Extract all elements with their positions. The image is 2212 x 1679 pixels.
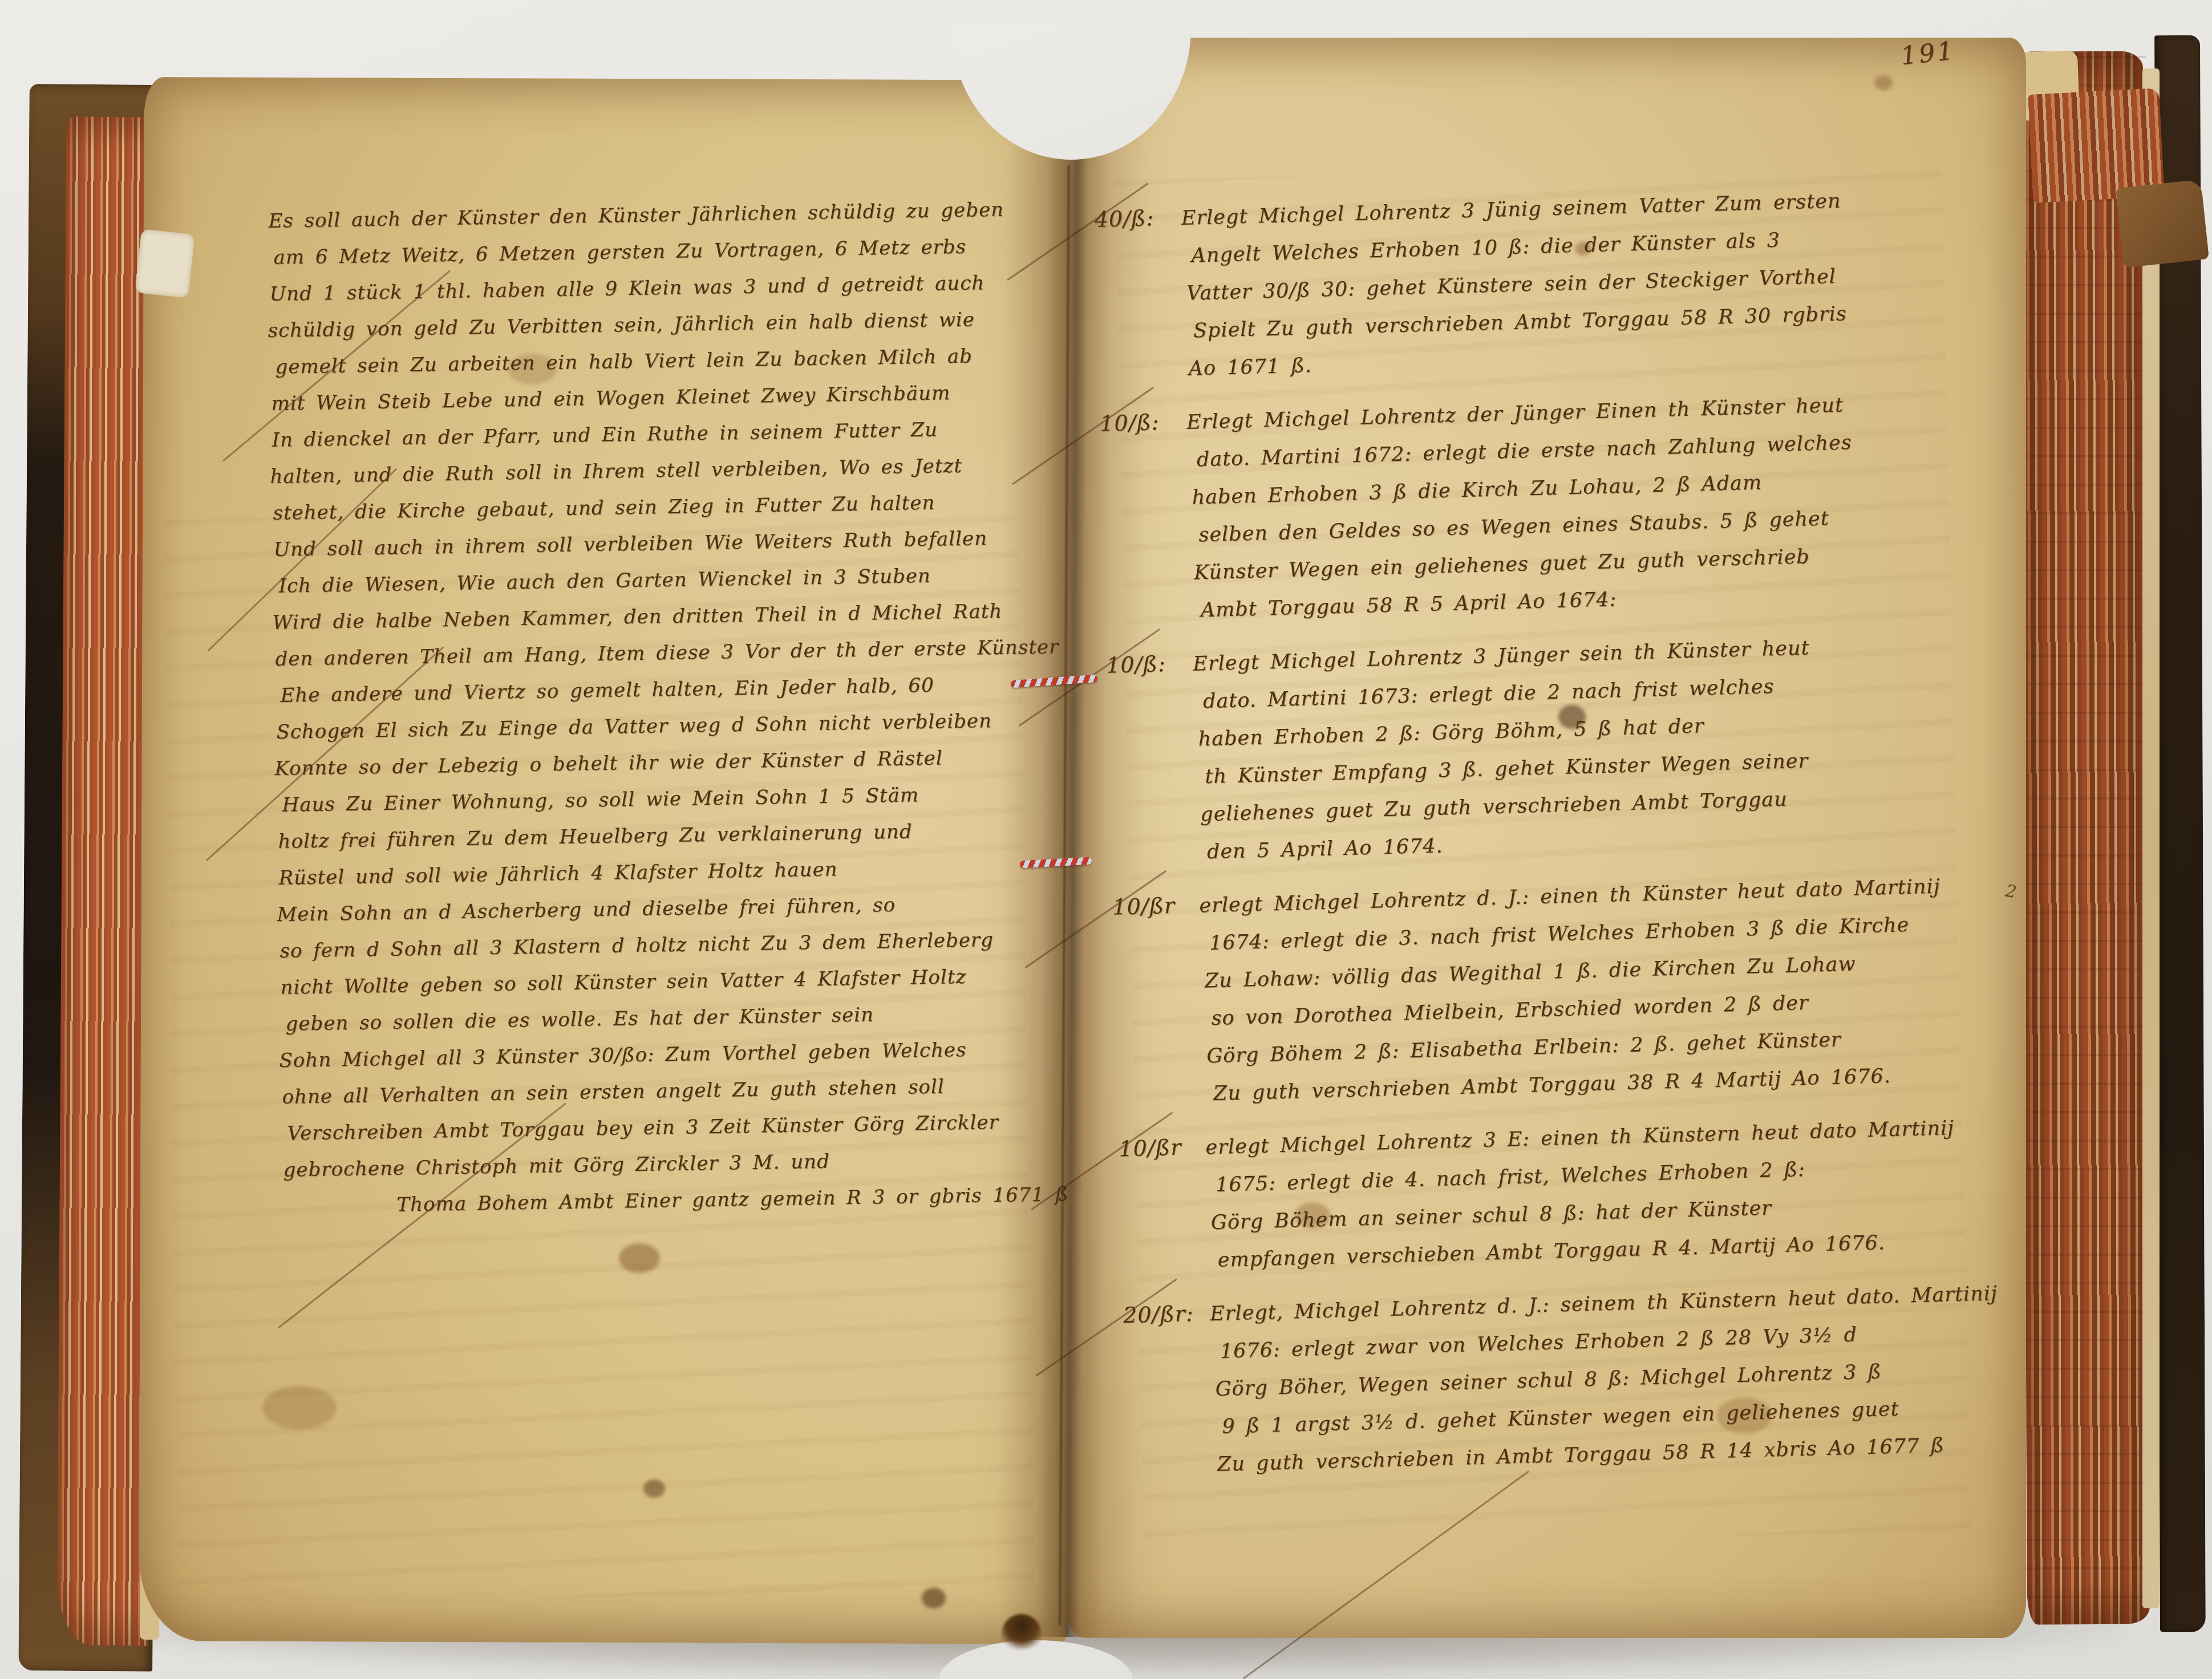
- ledger-entry: 10/ß:Erlegt Michgel Lohrentz der Jünger …: [1099, 382, 2006, 632]
- foxing-spot: [1874, 75, 1893, 90]
- entry-continuation: dato. Martini 1673: erlegt die 2 nach fr…: [1197, 662, 2012, 871]
- manuscript-photo: Es soll auch der Künster den Künster Jäh…: [0, 0, 2212, 1679]
- book-cover-right: [2154, 35, 2206, 1632]
- fore-edge-texture: [2024, 51, 2146, 1624]
- foxing-spot: [262, 1386, 337, 1429]
- ink-stain: [922, 1588, 946, 1608]
- entry-continuation: dato. Martini 1672: erlegt die erste nac…: [1190, 420, 2006, 629]
- entry-continuation: Angelt Welches Erhoben 10 ß: die der Kün…: [1185, 216, 2000, 388]
- ledger-entry: 10/ßrerlegt Michgel Lohrentz 3 E: einen …: [1119, 1106, 2023, 1281]
- ink-stain: [643, 1479, 665, 1498]
- right-page-ledger: 40/ß:Erlegt Michgel Lohrentz 3 Jünig sei…: [1094, 177, 2029, 1501]
- ledger-entry: 40/ß:Erlegt Michgel Lohrentz 3 Jünig sei…: [1094, 177, 2000, 390]
- gutter-shadow: [997, 68, 1149, 1637]
- entry-continuation: 1676: erlegt zwar von Welches Erhoben 2 …: [1214, 1312, 2028, 1483]
- entry-continuation: 1675: erlegt die 4. nach frist, Welches …: [1209, 1145, 2023, 1279]
- entry-continuation: 1674: erlegt die 3. nach frist Welches E…: [1203, 903, 2019, 1113]
- fore-edge-outer-band: [2142, 68, 2160, 1608]
- left-page-text-block: Es soll auch der Künster den Künster Jäh…: [268, 190, 1083, 1225]
- repair-patch: [135, 229, 195, 298]
- ink-stain: [619, 1243, 660, 1273]
- leather-corner: [2116, 180, 2209, 268]
- ledger-entry: 20/ßr:Erlegt, Michgel Lohrentz d. J.: se…: [1123, 1273, 2028, 1486]
- ledger-entry: 10/ßrerlegt Michgel Lohrentz d. J.: eine…: [1112, 865, 2019, 1115]
- ledger-entry: 10/ß:Erlegt Michgel Lohrentz 3 Jünger se…: [1105, 623, 2012, 873]
- gutter-bottom-shadow: [1002, 1614, 1042, 1654]
